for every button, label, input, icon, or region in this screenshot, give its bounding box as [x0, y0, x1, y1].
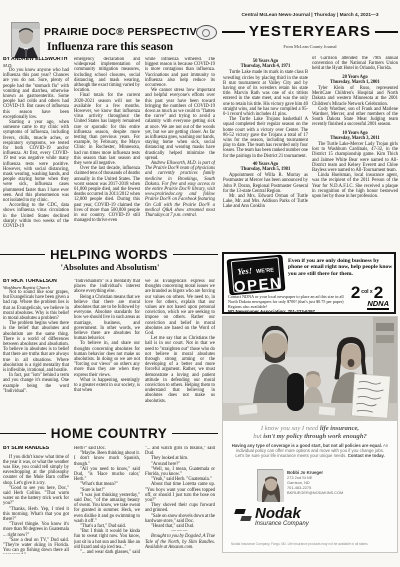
paragraph: They shoved their cups forward and grinn… — [145, 503, 215, 513]
ndna-logo: NDNA — [367, 300, 389, 310]
article-title-influenza: Influenza rare this season — [2, 41, 218, 53]
paragraph: "... and wear dark glasses," said Herb. — [74, 550, 140, 554]
paragraph: Turtle Lake made its mark in state class… — [223, 70, 308, 117]
paragraph: Do you know anyone who had influenza thi… — [3, 68, 69, 120]
article-text: Not to sound like sour grapes, but Evang… — [3, 290, 69, 394]
open-sign: Yes! WE'RE OPEN — [227, 255, 286, 296]
prairie-doc-column-1: BY ANDREW ELLSWORTH M.D. Do you know any… — [3, 57, 69, 246]
paragraph: "Individualism" is a mentality that plac… — [74, 279, 140, 295]
paragraph: "Thanks, Herb. Yep, I tried it this morn… — [3, 507, 69, 523]
paragraph: "All you need to know," said Dud, "is 'H… — [74, 467, 140, 483]
paragraph: In fact, put "ism" behind a term and you… — [3, 373, 69, 394]
home-country-column-2: Herb?" said Doc."Maybe. Been thinking ab… — [74, 446, 140, 554]
paragraph: Starting a year ago, when someone came t… — [3, 120, 69, 203]
header-rule-right — [375, 31, 398, 33]
section-header-helping-words: HELPING WORDS — [0, 247, 218, 262]
section-kicker-prairie-doc: PRAIRIE DOC® PERSPECTIVES — [44, 26, 212, 38]
paragraph: Over the last decade, influenza claimed … — [74, 166, 140, 223]
nodak-logo: Nodak Insurance Company — [235, 507, 309, 527]
paragraph: "Sale on snow shovels down at the hardwa… — [145, 514, 215, 524]
paragraph: We cannot stress how important and helpf… — [145, 88, 215, 161]
newspaper-page: Central McLean News-Journal | Thursday |… — [0, 0, 400, 567]
paragraph: Brought to you by Dogsled, A True Tale o… — [145, 534, 215, 550]
family-photo — [223, 317, 397, 421]
headline-plain-2: but — [253, 433, 263, 440]
masthead: Central McLean News-Journal | Thursday |… — [222, 13, 398, 18]
paragraph: Andrew Ellsworth, M.D. is part of The Pr… — [145, 161, 215, 218]
paragraph: Thursday, March 1, 2001 — [312, 80, 398, 85]
home-country-column-1: BY SLIM RANDLES If you didn't know what … — [3, 446, 69, 554]
paragraph: Cody Wardner, son of Frank and Marlene W… — [312, 107, 398, 128]
paragraph: "I was just thinking yesterday," said Do… — [74, 493, 140, 524]
prairie-doc-column-3: while influenza withered. The biggest re… — [145, 57, 215, 246]
paragraph: Not to sound like sour grapes, but Evang… — [3, 290, 69, 321]
nodak-body-copy: Having any type of coverage is a good st… — [231, 443, 389, 458]
helping-words-subtitle: 'Absolutes and Absolutism' — [2, 262, 218, 272]
paragraph: The problem begins when there is the bel… — [3, 321, 69, 373]
paragraph: Thursday, March 3, 2011 — [312, 136, 398, 141]
family-photo-image — [223, 317, 397, 421]
header-rule-left — [0, 433, 46, 434]
article-text: If you didn't know what time of the year… — [3, 455, 69, 554]
handwritten-note — [352, 374, 391, 418]
home-country-column-3: "... and watch girls in bikinis," said D… — [145, 446, 215, 554]
helping-words-column-3: we as Evangelicals express our thoughts … — [145, 279, 215, 415]
yes-label: Yes! — [237, 265, 252, 276]
agent-photo-image — [258, 470, 284, 502]
paragraph: The Turtle Lake-Mercer Lady Trojan girls… — [312, 142, 398, 173]
paragraph: "Maybe. Been thinking about it. I don't … — [74, 451, 140, 467]
open-ad-headline: Even if you are only doing business by p… — [288, 258, 394, 277]
open-ad-body: Contact NDNA or your local newspaper to … — [228, 295, 344, 309]
paragraph: Let me say that as Christians the ball i… — [145, 336, 215, 404]
paragraph: "Saw a deal on TV," Dud said. "They're w… — [3, 538, 69, 554]
paragraph: Thursday, March 5, 1981 — [223, 167, 308, 172]
paragraph: What is happening, seemingly to a greate… — [74, 378, 140, 394]
prairie-doc-column-2: emergency declaration and widespread imp… — [74, 57, 140, 246]
paragraph: The Turtle Lake Trojans basketball A squ… — [223, 117, 308, 159]
paragraph: Mr. and Mrs. Edward Orman of Turtle Lake… — [223, 194, 308, 210]
agent-info: Bobbi Jo Krueger 273 2nd St NE Garrison,… — [287, 469, 343, 501]
paragraph: of Garrison attended the 79th annual con… — [312, 56, 398, 72]
paragraph: Thursday, March 4, 1971 — [223, 64, 308, 69]
ndna-open-ad: Yes! WE'RE OPEN Even if you are only doi… — [222, 252, 396, 314]
paragraph: Final totals for the current 2020-2021 s… — [74, 93, 140, 166]
home-country-title: HOME COUNTRY — [51, 426, 168, 441]
article-text: Do you know anyone who had influenza thi… — [3, 68, 69, 229]
header-rule-left — [222, 31, 245, 33]
paragraph: "... and watch girls in bikinis," said D… — [145, 446, 215, 456]
paragraph: "But I think it would be kinda fun to sw… — [74, 529, 140, 550]
paragraph: we as Evangelicals express our thoughts … — [145, 279, 215, 336]
size-left: 2 — [351, 284, 360, 301]
section-header-yesteryears: YESTERYEARS — [222, 23, 398, 40]
paragraph: Being a Christian means that we believe … — [74, 295, 140, 342]
yesteryears-source: From McLean County Journal — [222, 44, 398, 49]
byline-slim-randles: BY SLIM RANDLES — [3, 446, 69, 452]
yesteryears-column-2: of Garrison attended the 79th annual con… — [312, 56, 398, 250]
helping-words-column-2: "Individualism" is a mentality that plac… — [74, 279, 140, 415]
paragraph: According to the CDC, data shows influen… — [3, 203, 69, 229]
paragraph: If you didn't know what time of the year… — [3, 455, 69, 486]
header-rule-left — [0, 254, 45, 255]
paragraph: Appointment of Willa R. Murray as Postma… — [223, 173, 308, 194]
helping-words-column-1: BY RICK TORKELSON Washburn Baptist Churc… — [3, 279, 69, 415]
prairie-doc-logo — [196, 25, 217, 40]
nodak-insurance-ad: I know you say I need life insurance, bu… — [222, 316, 398, 553]
yesteryears-column-1: 50 Years AgoThursday, March 4, 1971Turtl… — [223, 56, 308, 250]
size-mid: col x — [360, 290, 373, 296]
paragraph: About that time Loretta came up. "You bo… — [145, 482, 215, 503]
agent-email: BKRUEGER@NODAKINS.COM — [287, 490, 343, 495]
headline-bold-1: life insurance, — [320, 425, 359, 432]
yesteryears-title: YESTERYEARS — [249, 23, 371, 40]
ndna-contact: ND Newspaper Association: 701-223-6397 — [228, 309, 348, 314]
were-label: WE'RE — [256, 267, 274, 275]
header-rule-right — [172, 433, 218, 434]
nodak-headline: I know you say I need life insurance, bu… — [229, 425, 391, 440]
section-header-home-country: HOME COUNTRY — [0, 426, 218, 441]
paragraph: "Well, no, I mean, Guatemala or Florida,… — [145, 467, 215, 477]
paragraph: "Travel thingie. You know it's more than… — [3, 522, 69, 538]
byline-andrew-ellsworth: BY ANDREW ELLSWORTH — [3, 57, 69, 63]
headline-plain-1: I know you say I need — [261, 425, 320, 432]
nodak-brand-subtitle: Insurance Company — [255, 521, 309, 527]
agent-photo — [257, 469, 283, 501]
nodak-brand-name: Nodak — [255, 507, 309, 521]
open-sign-inner: Yes! WE'RE OPEN — [231, 257, 282, 293]
nodak-brand-mark-icon — [235, 509, 252, 522]
headline-bold-2: isn't my policy through work enough? — [263, 433, 367, 440]
paragraph: "Good to see you here, Doc," said Herb C… — [3, 486, 69, 507]
paragraph: Tyler Klein of Ruso, represented MeritCa… — [312, 86, 398, 107]
helping-words-title: HELPING WORDS — [50, 247, 168, 262]
nodak-fine-print: Nodak Insurance Company, Fargo, ND. Life… — [231, 543, 391, 547]
paragraph: emergency declaration and widespread imp… — [74, 57, 140, 93]
body-bold-2: Contact me today. — [348, 453, 385, 458]
open-label: OPEN — [233, 276, 280, 295]
header-rule-right — [173, 254, 218, 255]
paragraph: Linda Huelsman, local insurance agent, w… — [312, 173, 398, 199]
paragraph: while influenza withered. The biggest re… — [145, 57, 215, 88]
stethoscope-icon — [202, 29, 210, 37]
agent-block: Bobbi Jo Krueger 273 2nd St NE Garrison,… — [257, 469, 343, 501]
paragraph: To believe in, and share our thoughts co… — [74, 341, 140, 377]
